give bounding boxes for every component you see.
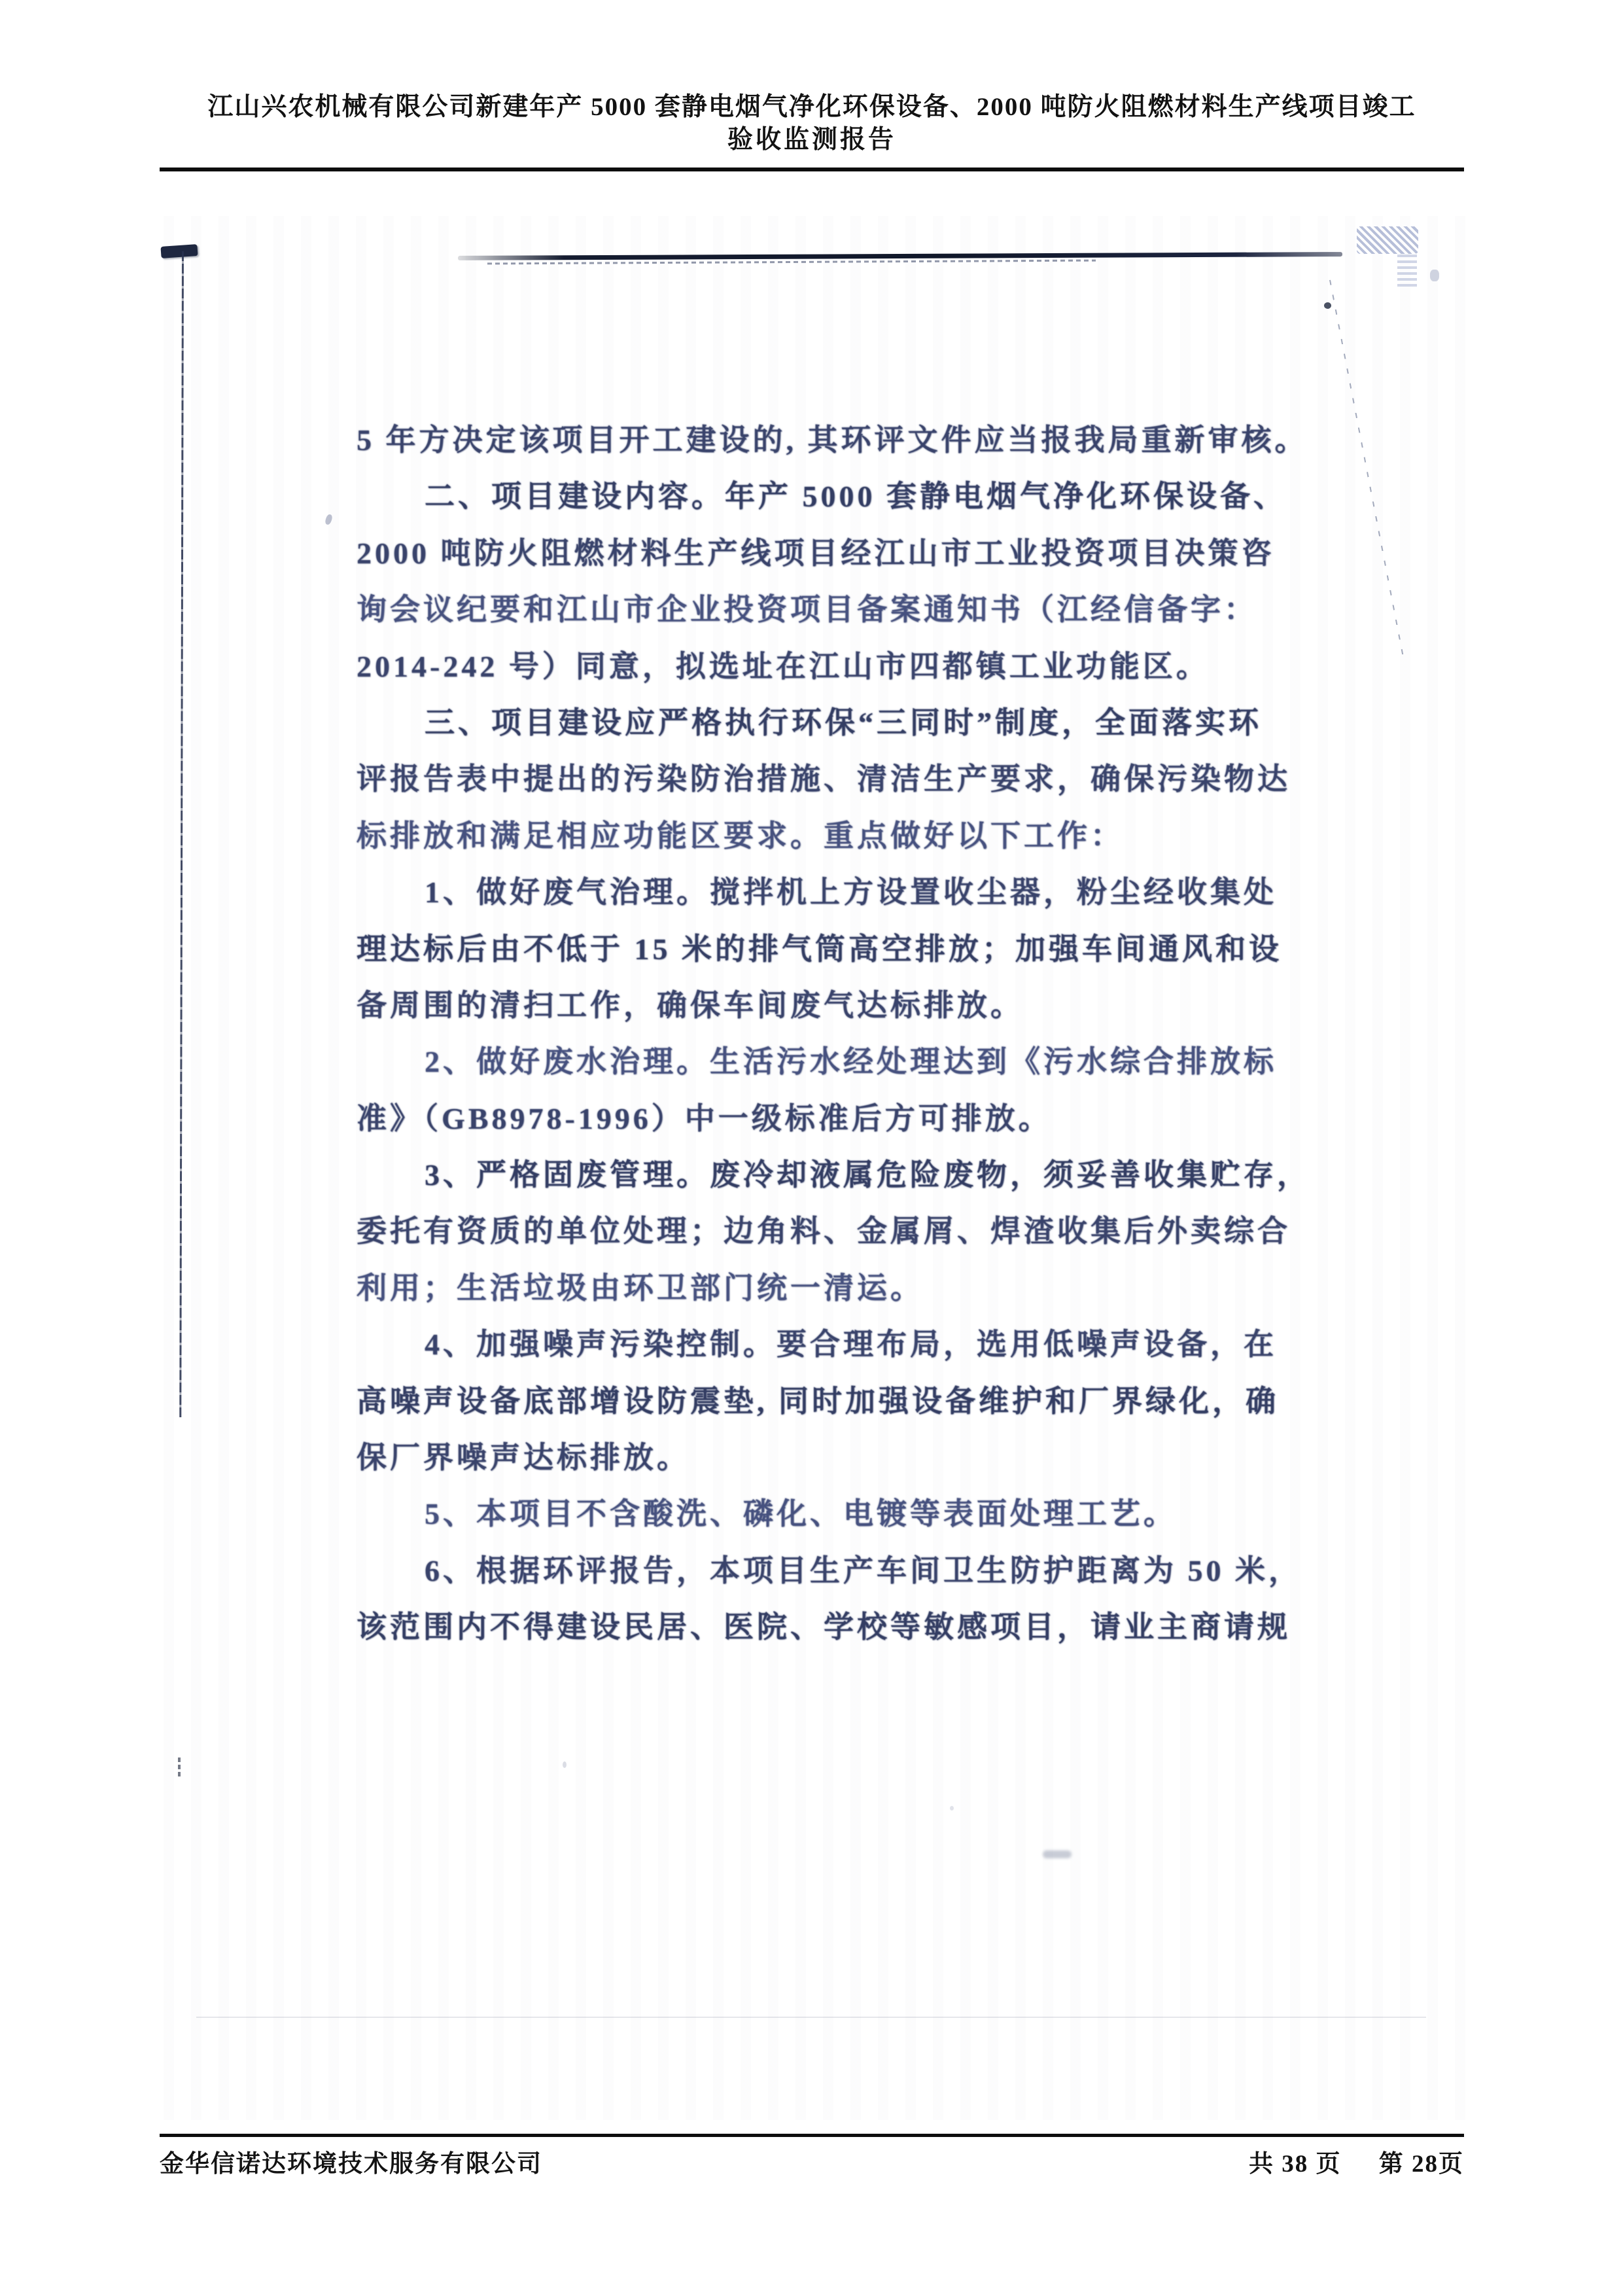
- header-title-line2: 验收监测报告: [160, 124, 1464, 156]
- scan-text-line: 1、做好废气治理。搅拌机上方设置收尘器，粉尘经收集处: [357, 864, 1508, 921]
- scan-text-line: 理达标后由不低于 15 米的排气筒高空排放；加强车间通风和设: [357, 921, 1508, 978]
- scan-text-line: 2014-242 号）同意，拟选址在江山市四都镇工业功能区。: [357, 639, 1508, 695]
- scan-text-line: 保厂界噪声达标排放。: [357, 1430, 1508, 1486]
- scan-artifact-margin-speck: [324, 514, 334, 525]
- scan-artifact-smudge: [1043, 1850, 1072, 1858]
- scan-artifact-faint-scanline: [196, 2017, 1426, 2018]
- footer-page-numbers: 共 38 页 第 28页: [1249, 2144, 1464, 2179]
- header-rule: [160, 168, 1464, 171]
- scan-text-line: 该范围内不得建设民居、医院、学校等敏感项目，请业主商请规: [357, 1599, 1508, 1655]
- scan-text-line: 委托有资质的单位处理；边角料、金属屑、焊渣收集后外卖综合: [357, 1203, 1508, 1260]
- scan-text-line: 高噪声设备底部增设防震垫, 同时加强设备维护和厂界绿化，确: [357, 1373, 1508, 1430]
- scan-text-line: 准》（GB8978-1996）中一级标准后方可排放。: [357, 1091, 1508, 1147]
- scan-text-line: 3、严格固废管理。废冷却液属危险废物，须妥善收集贮存，: [357, 1147, 1508, 1203]
- footer-rule: [160, 2134, 1464, 2137]
- scan-artifact-dot: [1324, 302, 1331, 309]
- scan-text-line: 标排放和满足相应功能区要求。重点做好以下工作：: [357, 808, 1508, 864]
- scan-text-line: 5、本项目不含酸洗、磷化、电镀等表面处理工艺。: [357, 1486, 1508, 1542]
- scan-text-line: 5 年方决定该项目开工建设的, 其环评文件应当报我局重新审核。: [357, 412, 1508, 468]
- scan-artifact-corner-blob: [160, 244, 198, 258]
- scan-text-line: 6、根据环评报告，本项目生产车间卫生防护距离为 50 米，: [357, 1543, 1508, 1599]
- scan-artifact-speck: [563, 1761, 567, 1768]
- scan-artifact-top-streak: [458, 252, 1342, 260]
- scan-text-line: 2、做好废水治理。生活污水经处理达到《污水综合排放标: [357, 1034, 1508, 1090]
- scan-artifact-left-tick: [178, 1757, 181, 1777]
- scan-artifact-topright-noise: [1357, 226, 1418, 254]
- scan-text-line: 利用；生活垃圾由环卫部门统一清运。: [357, 1260, 1508, 1316]
- report-page: 江山兴农机械有限公司新建年产 5000 套静电烟气净化环保设备、2000 吨防火…: [0, 0, 1623, 2296]
- scan-text-line: 备周围的清扫工作，确保车间废气达标排放。: [357, 978, 1508, 1034]
- scan-artifact-speck: [950, 1806, 954, 1810]
- page-footer: 金华信诺达环境技术服务有限公司 共 38 页 第 28页: [160, 2144, 1464, 2179]
- scan-text-line: 二、项目建设内容。年产 5000 套静电烟气净化环保设备、: [357, 468, 1508, 525]
- scan-text-line: 三、项目建设应严格执行环保“三同时”制度，全面落实环: [357, 695, 1508, 751]
- scan-text-line: 评报告表中提出的污染防治措施、清洁生产要求，确保污染物达: [357, 751, 1508, 807]
- footer-current-page: 第 28页: [1379, 2151, 1464, 2178]
- scan-text-line: 询会议纪要和江山市企业投资项目备案通知书（江经信备字：: [357, 582, 1508, 638]
- scan-artifact-top-streak-thin: [487, 260, 1096, 265]
- scan-text-line: 2000 吨防火阻燃材料生产线项目经江山市工业投资项目决策咨: [357, 525, 1508, 582]
- scanned-document-text: 5 年方决定该项目开工建设的, 其环评文件应当报我局重新审核。 二、项目建设内容…: [357, 412, 1508, 1656]
- footer-total-pages: 共 38 页: [1249, 2151, 1342, 2178]
- header-title-line1: 江山兴农机械有限公司新建年产 5000 套静电烟气净化环保设备、2000 吨防火…: [160, 90, 1464, 124]
- scan-text-line: 4、加强噪声污染控制。要合理布局，选用低噪声设备，在: [357, 1316, 1508, 1373]
- scan-artifact-left-edge-line: [179, 251, 184, 1417]
- page-header: 江山兴农机械有限公司新建年产 5000 套静电烟气净化环保设备、2000 吨防火…: [160, 90, 1464, 156]
- scan-artifact-topright-column: [1397, 253, 1417, 287]
- scan-artifact-topright-speck: [1430, 270, 1439, 281]
- footer-company-name: 金华信诺达环境技术服务有限公司: [160, 2144, 542, 2179]
